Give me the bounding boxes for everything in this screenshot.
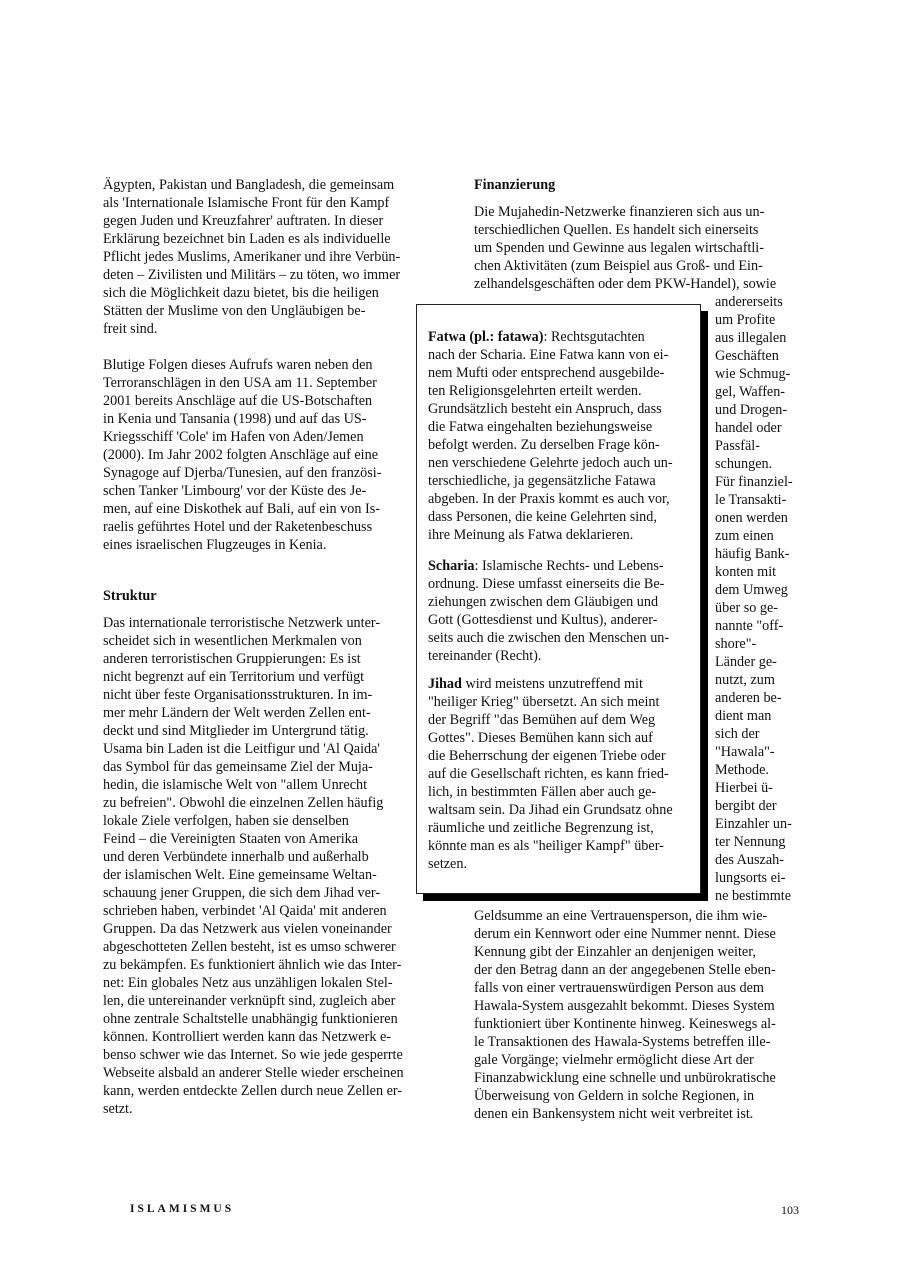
page-number: 103 bbox=[781, 1203, 799, 1218]
text-line: Jihad wird meistens unzutreffend mit bbox=[428, 675, 643, 693]
text-line: das Symbol für das gemeinsame Ziel der M… bbox=[103, 758, 373, 776]
text-line: waltsam sein. Da Jihad ein Grundsatz ohn… bbox=[428, 801, 673, 819]
text-line: sich der bbox=[715, 725, 760, 743]
text-line: scheidet sich in wesentlichen Merkmalen … bbox=[103, 632, 362, 650]
text-line: "heiliger Krieg" übersetzt. An sich mein… bbox=[428, 693, 659, 711]
text-line: nach der Scharia. Eine Fatwa kann von ei… bbox=[428, 346, 668, 364]
glossary-term: Fatwa (pl.: fatawa) bbox=[428, 329, 543, 345]
text-line: schrieben haben, verbindet 'Al Qaida' mi… bbox=[103, 902, 387, 920]
text-line: handel oder bbox=[715, 419, 782, 437]
text-line: Webseite alsbald an anderer Stelle wiede… bbox=[103, 1064, 404, 1082]
text-line: und Drogen- bbox=[715, 401, 787, 419]
glossary-term: Jihad bbox=[428, 676, 462, 692]
text-line: dient man bbox=[715, 707, 771, 725]
text-line: lich, in bestimmten Fällen aber auch ge- bbox=[428, 783, 656, 801]
section-heading-finanzierung: Finanzierung bbox=[474, 176, 555, 194]
text-line: dem Umweg bbox=[715, 581, 788, 599]
text-line: Für finanziel- bbox=[715, 473, 793, 491]
text-line: konten mit bbox=[715, 563, 776, 581]
text-line: schen Tanker 'Limbourg' vor der Küste de… bbox=[103, 482, 366, 500]
text-line: dass Personen, die keine Gelehrten sind, bbox=[428, 508, 657, 526]
text-line: Kennung gibt der Einzahler an denjenigen… bbox=[474, 943, 756, 961]
text-line: die Fatwa eingehalten beziehungsweise bbox=[428, 418, 652, 436]
text-line: Methode. bbox=[715, 761, 769, 779]
glossary-term: Scharia bbox=[428, 558, 475, 574]
text-line: Fatwa (pl.: fatawa): Rechtsgutachten bbox=[428, 328, 645, 346]
text-line: gegen Juden und Kreuzfahrer' auftraten. … bbox=[103, 212, 383, 230]
text-line: ter Nennung bbox=[715, 833, 786, 851]
glossary-text: : Islamische Rechts- und Lebens- bbox=[475, 558, 664, 574]
text-line: schungen. bbox=[715, 455, 772, 473]
glossary-text: : Rechtsgutachten bbox=[543, 329, 644, 345]
text-line: Scharia: Islamische Rechts- und Lebens- bbox=[428, 557, 664, 575]
text-line: Geschäften bbox=[715, 347, 779, 365]
text-line: shore"- bbox=[715, 635, 756, 653]
text-line: Blutige Folgen dieses Aufrufs waren nebe… bbox=[103, 356, 373, 374]
text-line: Stätten der Muslime von den Ungläubigen … bbox=[103, 302, 365, 320]
text-line: deten – Zivilisten und Militärs – zu töt… bbox=[103, 266, 400, 284]
text-line: abgeschotteten Zellen besteht, ist es um… bbox=[103, 938, 396, 956]
section-heading-struktur: Struktur bbox=[103, 587, 157, 605]
text-line: befolgt werden. Zu derselben Frage kön- bbox=[428, 436, 660, 454]
text-line: len, die untereinander verknüpft sind, z… bbox=[103, 992, 395, 1010]
text-line: Pflicht jedes Muslims, Amerikaner und ih… bbox=[103, 248, 400, 266]
text-line: net: Ein globales Netz aus unzähligen lo… bbox=[103, 974, 393, 992]
text-line: falls von einer vertrauenswürdigen Perso… bbox=[474, 979, 764, 997]
text-line: kann, werden entdeckte Zellen durch neue… bbox=[103, 1082, 402, 1100]
text-line: Hierbei ü- bbox=[715, 779, 773, 797]
text-line: ziehungen zwischen dem Gläubigen und bbox=[428, 593, 658, 611]
text-line: deckt und sind Mitglieder im Untergrund … bbox=[103, 722, 369, 740]
text-line: der Begriff "das Bemühen auf dem Weg bbox=[428, 711, 655, 729]
text-line: könnte man es als "heiliger Kampf" über- bbox=[428, 837, 664, 855]
text-line: setzt. bbox=[103, 1100, 133, 1118]
text-line: aus illegalen bbox=[715, 329, 786, 347]
text-line: Grundsätzlich besteht ein Anspruch, dass bbox=[428, 400, 662, 418]
text-line: häufig Bank- bbox=[715, 545, 789, 563]
text-line: Überweisung von Geldern in solche Region… bbox=[474, 1087, 754, 1105]
text-line: nem Mufti oder entsprechend ausgebilde- bbox=[428, 364, 664, 382]
text-line: gel, Waffen- bbox=[715, 383, 785, 401]
text-line: (2000). Im Jahr 2002 folgten Anschläge a… bbox=[103, 446, 378, 464]
text-line: zu bekämpfen. Es funktioniert ähnlich wi… bbox=[103, 956, 401, 974]
text-line: abgeben. In der Praxis kommt es auch vor… bbox=[428, 490, 670, 508]
text-line: lungsorts ei- bbox=[715, 869, 786, 887]
text-line: Gruppen. Da das Netzwerk aus vielen vone… bbox=[103, 920, 392, 938]
text-line: ne bestimmte bbox=[715, 887, 791, 905]
text-line: können. Kontrolliert werden kann das Net… bbox=[103, 1028, 391, 1046]
text-line: die Beherrschung der eigenen Triebe oder bbox=[428, 747, 666, 765]
text-line: Erklärung bezeichnet bin Laden es als in… bbox=[103, 230, 391, 248]
text-line: der islamischen Welt. Eine gemeinsame We… bbox=[103, 866, 377, 884]
text-line: ten Religionsgelehrten erteilt werden. bbox=[428, 382, 642, 400]
text-line: Passfäl- bbox=[715, 437, 760, 455]
text-line: setzen. bbox=[428, 855, 467, 873]
text-line: Gottes". Dieses Bemühen kann sich auf bbox=[428, 729, 653, 747]
text-line: Feind – die Vereinigten Staaten von Amer… bbox=[103, 830, 358, 848]
text-line: wie Schmug- bbox=[715, 365, 790, 383]
text-line: sich die Möglichkeit dazu bietet, bis di… bbox=[103, 284, 379, 302]
text-line: in Kenia und Tansania (1998) und auf das… bbox=[103, 410, 367, 428]
text-line: zum einen bbox=[715, 527, 774, 545]
text-line: Länder ge- bbox=[715, 653, 777, 671]
text-line: gale Vorgänge; vielmehr ermöglicht diese… bbox=[474, 1051, 754, 1069]
text-line: als 'Internationale Islamische Front für… bbox=[103, 194, 389, 212]
text-line: zelhandelsgeschäften oder dem PKW-Handel… bbox=[474, 275, 776, 293]
text-line: ihre Meinung als Fatwa deklarieren. bbox=[428, 526, 633, 544]
text-line: "Hawala"- bbox=[715, 743, 775, 761]
text-line: Usama bin Laden ist die Leitfigur und 'A… bbox=[103, 740, 380, 758]
text-line: Terroranschlägen in den USA am 11. Septe… bbox=[103, 374, 377, 392]
text-line: denen ein Bankensystem nicht weit verbre… bbox=[474, 1105, 753, 1123]
text-line: nicht über feste Organisationsstrukturen… bbox=[103, 686, 372, 704]
text-line: Die Mujahedin-Netzwerke finanzieren sich… bbox=[474, 203, 764, 221]
text-line: Geldsumme an eine Vertrauensperson, die … bbox=[474, 907, 767, 925]
text-line: Synagoge auf Djerba/Tunesien, auf den fr… bbox=[103, 464, 381, 482]
text-line: freit sind. bbox=[103, 320, 157, 338]
text-line: räumliche und zeitliche Begrenzung ist, bbox=[428, 819, 654, 837]
text-line: ohne zentrale Schaltstelle unabhängig fu… bbox=[103, 1010, 398, 1028]
text-line: anderen be- bbox=[715, 689, 782, 707]
text-line: Kriegsschiff 'Cole' im Hafen von Aden/Je… bbox=[103, 428, 364, 446]
text-line: le Transaktionen des Hawala-Systems betr… bbox=[474, 1033, 770, 1051]
text-line: le Transakti- bbox=[715, 491, 786, 509]
text-line: um Spenden und Gewinne aus legalen wirts… bbox=[474, 239, 764, 257]
text-line: terschiedlichen Quellen. Es handelt sich… bbox=[474, 221, 758, 239]
text-line: Hawala-System ausgezahlt bekommt. Dieses… bbox=[474, 997, 775, 1015]
text-line: Gott (Gottesdienst und Kultus), anderer- bbox=[428, 611, 657, 629]
text-line: terschiedliche, ja gegensätzliche Fatawa bbox=[428, 472, 656, 490]
text-line: nen verschiedene Gelehrte jedoch auch un… bbox=[428, 454, 673, 472]
text-line: über so ge- bbox=[715, 599, 778, 617]
text-line: onen werden bbox=[715, 509, 788, 527]
text-line: lokale Ziele verfolgen, haben sie densel… bbox=[103, 812, 349, 830]
text-line: eines israelischen Flugzeuges in Kenia. bbox=[103, 536, 326, 554]
text-line: und deren Verbündete innerhalb und außer… bbox=[103, 848, 369, 866]
text-line: um Profite bbox=[715, 311, 775, 329]
text-line: andererseits bbox=[715, 293, 783, 311]
text-line: der den Betrag dann an der angegebenen S… bbox=[474, 961, 776, 979]
glossary-text: wird meistens unzutreffend mit bbox=[462, 676, 643, 692]
text-line: auf die Gesellschaft richten, es kann fr… bbox=[428, 765, 669, 783]
text-line: anderen terroristischen Gruppierungen: E… bbox=[103, 650, 361, 668]
text-line: Einzahler un- bbox=[715, 815, 792, 833]
text-line: nicht begrenzt auf ein Territorium und v… bbox=[103, 668, 364, 686]
text-line: 2001 bereits Anschläge auf die US-Botsch… bbox=[103, 392, 372, 410]
text-line: zu befreien". Obwohl die einzelnen Zelle… bbox=[103, 794, 383, 812]
text-line: hedin, die islamische Welt von "allem Un… bbox=[103, 776, 367, 794]
text-line: tereinander (Recht). bbox=[428, 647, 541, 665]
text-line: benso schwer wie das Internet. So wie je… bbox=[103, 1046, 403, 1064]
text-line: bergibt der bbox=[715, 797, 777, 815]
running-title: ISLAMISMUS bbox=[130, 1203, 234, 1215]
text-line: ordnung. Diese umfasst einerseits die Be… bbox=[428, 575, 664, 593]
text-line: mer mehr Ländern der Welt werden Zellen … bbox=[103, 704, 371, 722]
text-line: Das internationale terroristische Netzwe… bbox=[103, 614, 380, 632]
text-line: men, auf eine Diskothek auf Bali, auf ei… bbox=[103, 500, 380, 518]
text-line: raelis geführtes Hotel und der Raketenbe… bbox=[103, 518, 372, 536]
text-line: nutzt, zum bbox=[715, 671, 775, 689]
text-line: seits auch die zwischen den Menschen un- bbox=[428, 629, 669, 647]
text-line: derum ein Kennwort oder eine Nummer nenn… bbox=[474, 925, 776, 943]
text-line: nannte "off- bbox=[715, 617, 783, 635]
text-line: chen Aktivitäten (zum Beispiel aus Groß-… bbox=[474, 257, 763, 275]
text-line: Finanzabwicklung eine schnelle und unbür… bbox=[474, 1069, 776, 1087]
text-line: funktioniert über Kontinente hinweg. Kei… bbox=[474, 1015, 776, 1033]
text-line: Ägypten, Pakistan und Bangladesh, die ge… bbox=[103, 176, 394, 194]
text-line: des Auszah- bbox=[715, 851, 784, 869]
text-line: schauung jener Gruppen, die sich dem Jih… bbox=[103, 884, 380, 902]
